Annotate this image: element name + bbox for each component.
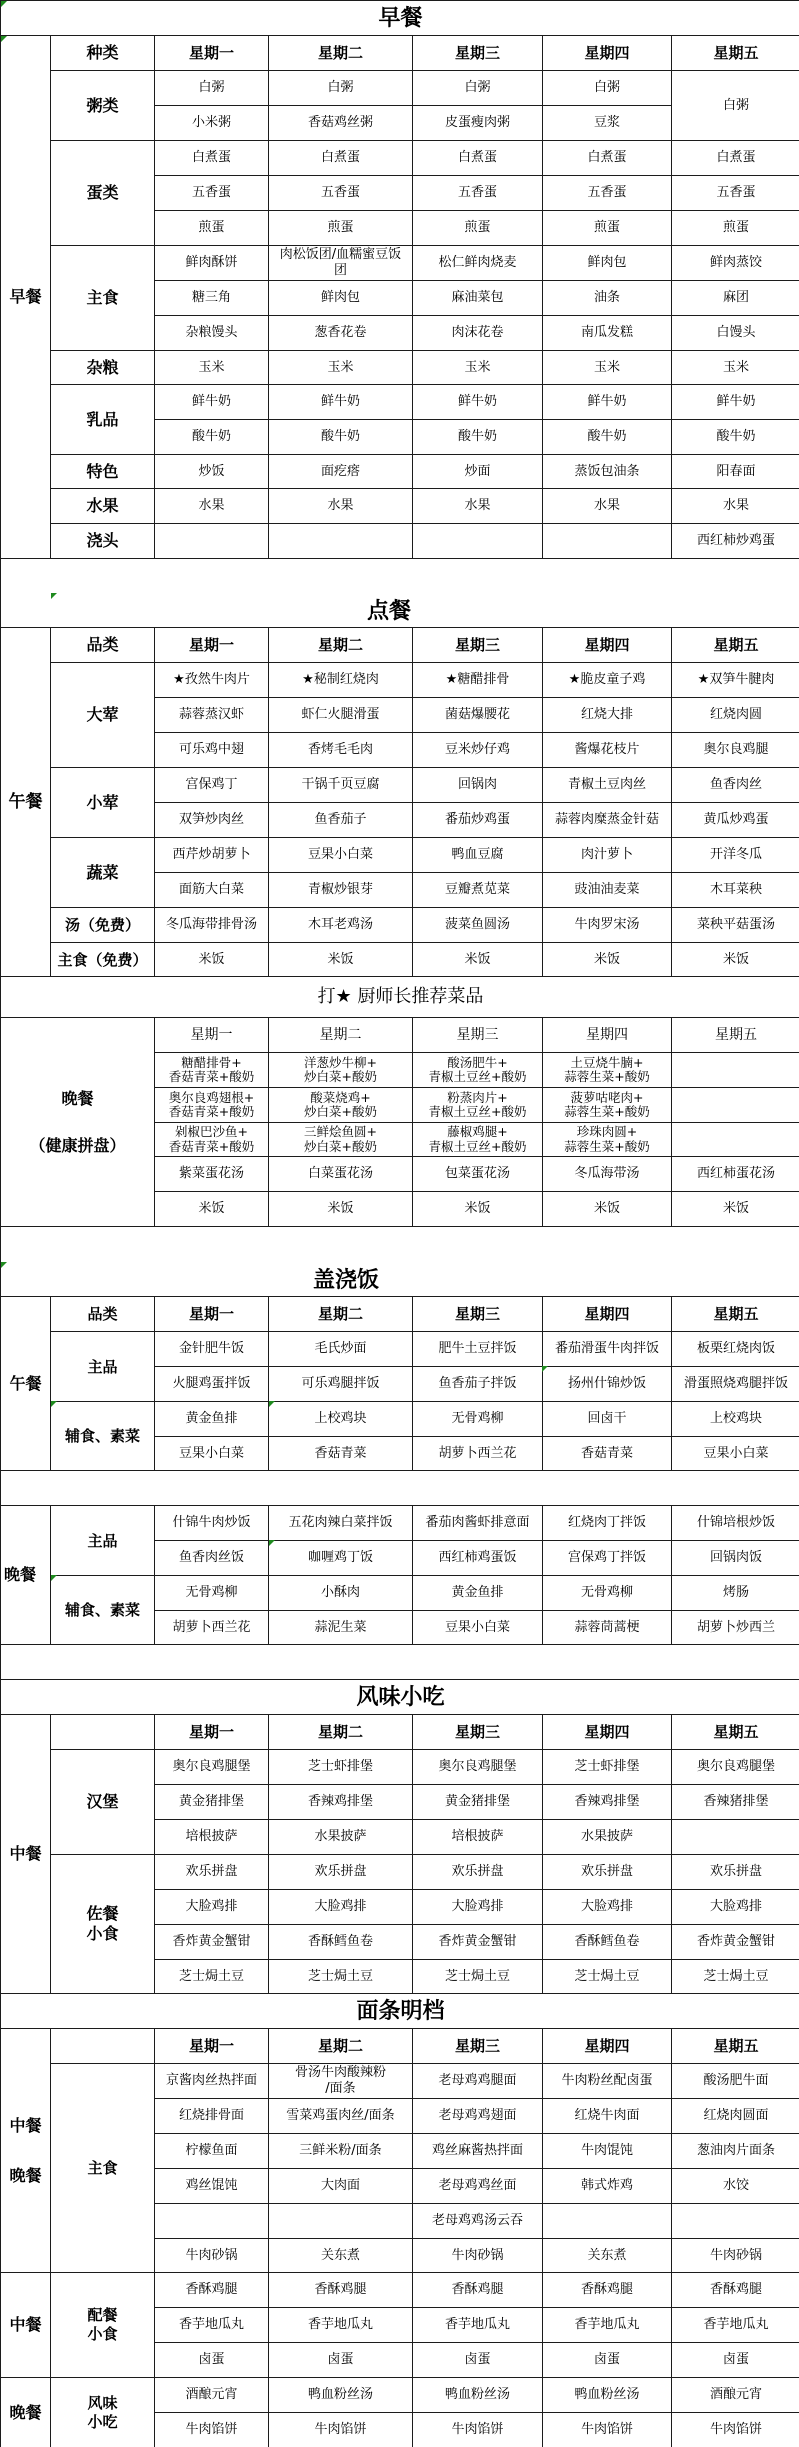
menu-item: 关东煮 <box>269 2239 413 2273</box>
cell-indicator-icon <box>269 1401 275 1407</box>
menu-item: 牛肉砂锅 <box>672 2239 799 2273</box>
menu-item: 冬瓜海带排骨汤 <box>155 908 269 943</box>
menu-item: 咖喱鸡丁饭 <box>269 1541 413 1576</box>
category-label: 蛋类 <box>51 141 155 246</box>
menu-item: 老母鸡鸡汤云吞 <box>413 2204 543 2239</box>
menu-item: 鸭血粉丝汤 <box>543 2378 672 2413</box>
meal-label-dinner: 晚餐 <box>1 1506 51 1645</box>
menu-item: 西红柿鸡蛋饭 <box>413 1541 543 1576</box>
menu-item: 鲜牛奶 <box>413 385 543 420</box>
day-header-monday: 星期一 <box>155 36 269 71</box>
menu-item: 青椒土豆肉丝 <box>543 768 672 803</box>
menu-item: 鲜肉包 <box>543 246 672 281</box>
menu-item: 香炸黄金蟹钳 <box>672 1925 799 1960</box>
combo-item <box>672 1053 799 1088</box>
day-header-wednesday: 星期三 <box>413 628 543 663</box>
category-label: 小荤 <box>51 768 155 838</box>
menu-item: 双笋炒肉丝 <box>155 803 269 838</box>
menu-item: 炒饭 <box>155 455 269 489</box>
category-label: 蔬菜 <box>51 838 155 908</box>
menu-item: 大肉面 <box>269 2169 413 2204</box>
day-header-monday: 星期一 <box>155 1297 269 1332</box>
menu-item: 白粥 <box>269 71 413 106</box>
day-header-thursday: 星期四 <box>543 2029 672 2064</box>
menu-item: 金针肥牛饭 <box>155 1332 269 1367</box>
menu-item: 牛肉砂锅 <box>413 2239 543 2273</box>
meal-label-breakfast: 早餐 <box>1 36 51 559</box>
menu-item: 蒜泥生菜 <box>269 1611 413 1645</box>
day-header-thursday: 星期四 <box>543 628 672 663</box>
menu-item: 阳春面 <box>672 455 799 489</box>
menu-item: 葱香花卷 <box>269 316 413 351</box>
menu-item: 胡萝卜西兰花 <box>155 1611 269 1645</box>
menu-item: 蒜蓉茼蒿梗 <box>543 1611 672 1645</box>
menu-item: ★孜然牛肉片 <box>155 663 269 698</box>
menu-item <box>413 524 543 559</box>
menu-item: 黄金猪排堡 <box>413 1785 543 1820</box>
menu-item: 水果 <box>155 489 269 524</box>
soup-item: 白菜蛋花汤 <box>269 1157 413 1192</box>
menu-item: 卤蛋 <box>269 2343 413 2378</box>
menu-item: 豆果小白菜 <box>155 1437 269 1471</box>
category-label: 主品 <box>51 1332 155 1402</box>
day-header-wednesday: 星期三 <box>413 1297 543 1332</box>
menu-item: 煎蛋 <box>155 211 269 246</box>
menu-item: 无骨鸡柳 <box>413 1402 543 1437</box>
cell-indicator-icon <box>542 1366 548 1372</box>
menu-item: 奥尔良鸡腿堡 <box>413 1750 543 1785</box>
combo-item: 奥尔良鸡翅根+ 香菇青菜+酸奶 <box>155 1088 269 1123</box>
section-title-a-la-carte: 点餐 <box>1 559 799 628</box>
menu-item: 胡萝卜炒西兰 <box>672 1611 799 1645</box>
category-label: 汤（免费） <box>51 908 155 943</box>
menu-item: 三鲜米粉/面条 <box>269 2134 413 2169</box>
menu-item: 米饭 <box>413 943 543 977</box>
menu-item: 麻团 <box>672 281 799 316</box>
menu-item: 豆瓣煮苋菜 <box>413 873 543 908</box>
menu-item: 麻油菜包 <box>413 281 543 316</box>
menu-item: 牛肉罗宋汤 <box>543 908 672 943</box>
menu-item: 水果 <box>269 489 413 524</box>
menu-item: 芝士焗土豆 <box>672 1960 799 1994</box>
day-header-tuesday: 星期二 <box>269 1715 413 1750</box>
menu-item: 五香蛋 <box>672 176 799 211</box>
menu-item: 番茄滑蛋牛肉拌饭 <box>543 1332 672 1367</box>
menu-item: 卤蛋 <box>155 2343 269 2378</box>
category-label: 大荤 <box>51 663 155 768</box>
menu-item: 豆果小白菜 <box>269 838 413 873</box>
menu-item: 骨汤牛肉酸辣粉 /面条 <box>269 2064 413 2099</box>
meal-label-lunch: 午餐 <box>1 1297 51 1471</box>
menu-item: 板栗红烧肉饭 <box>672 1332 799 1367</box>
menu-item: 炒面 <box>413 455 543 489</box>
combo-item: 土豆烧牛腩+ 蒜蓉生菜+酸奶 <box>543 1053 672 1088</box>
day-header-tuesday: 星期二 <box>269 2029 413 2064</box>
menu-item: 鸡丝麻酱热拌面 <box>413 2134 543 2169</box>
menu-item: 鲜肉包 <box>269 281 413 316</box>
menu-item: 香辣猪排堡 <box>672 1785 799 1820</box>
menu-item: 油条 <box>543 281 672 316</box>
menu-item: 牛肉馅饼 <box>155 2413 269 2447</box>
menu-item: 香芋地瓜丸 <box>155 2308 269 2343</box>
menu-item: 酒酿元宵 <box>672 2378 799 2413</box>
menu-item: 回锅肉 <box>413 768 543 803</box>
category-label: 粥类 <box>51 71 155 141</box>
menu-item: 牛肉馅饼 <box>672 2413 799 2447</box>
menu-item <box>672 1820 799 1855</box>
menu-item: 酸牛奶 <box>413 420 543 455</box>
menu-item: 煎蛋 <box>672 211 799 246</box>
menu-item: 米饭 <box>543 943 672 977</box>
menu-item <box>543 524 672 559</box>
menu-item: 水果披萨 <box>543 1820 672 1855</box>
category-label-text: 佐餐小食 <box>87 1904 119 1944</box>
menu-item: 鲜牛奶 <box>672 385 799 420</box>
menu-item: 水饺 <box>672 2169 799 2204</box>
menu-item: 韩式炸鸡 <box>543 2169 672 2204</box>
menu-item: 白煮蛋 <box>269 141 413 176</box>
menu-item: 香菇青菜 <box>543 1437 672 1471</box>
column-header-category-empty <box>51 2029 155 2064</box>
category-label: 杂粮 <box>51 351 155 385</box>
meal-label-text: 晚餐 <box>3 1089 152 1108</box>
menu-item: 玉米 <box>269 351 413 385</box>
menu-item: 鸭血豆腐 <box>413 838 543 873</box>
menu-item: 酸牛奶 <box>543 420 672 455</box>
staple-item: 米饭 <box>672 1192 799 1227</box>
menu-item: 虾仁火腿滑蛋 <box>269 698 413 733</box>
menu-item: 黄金鱼排 <box>413 1576 543 1611</box>
meal-label-lunch-dinner: 中餐晚餐 <box>1 2029 51 2273</box>
meal-label-dinner-combo: 晚餐（健康拼盘） <box>1 1018 155 1227</box>
menu-item: 白煮蛋 <box>155 141 269 176</box>
menu-item: 皮蛋瘦肉粥 <box>413 106 543 141</box>
category-label: 主品 <box>51 1506 155 1576</box>
menu-item: 玉米 <box>672 351 799 385</box>
menu-item: 红烧肉圆 <box>672 698 799 733</box>
day-header-tuesday: 星期二 <box>269 1018 413 1053</box>
cell-indicator-icon <box>269 1540 275 1546</box>
menu-item: 牛肉馅饼 <box>543 2413 672 2447</box>
menu-item: 肉沫花卷 <box>413 316 543 351</box>
staple-item: 米饭 <box>543 1192 672 1227</box>
menu-item: 玉米 <box>543 351 672 385</box>
menu-item: 香酥鸡腿 <box>672 2273 799 2308</box>
menu-item: 香菇鸡丝粥 <box>269 106 413 141</box>
menu-item: 胡萝卜西兰花 <box>413 1437 543 1471</box>
day-header-thursday: 星期四 <box>543 36 672 71</box>
menu-item: 米饭 <box>672 943 799 977</box>
menu-item: 水果 <box>543 489 672 524</box>
menu-item: 牛肉馅饼 <box>413 2413 543 2447</box>
menu-item: 芝士焗土豆 <box>269 1960 413 1994</box>
meal-label-text: 晚餐 <box>3 2166 48 2185</box>
menu-item: 肥牛土豆拌饭 <box>413 1332 543 1367</box>
menu-item: 菌菇爆腰花 <box>413 698 543 733</box>
meal-label-dinner: 晚餐 <box>1 2378 51 2447</box>
menu-item: 面筋大白菜 <box>155 873 269 908</box>
menu-item: 豆果小白菜 <box>672 1437 799 1471</box>
menu-item: 牛肉砂锅 <box>155 2239 269 2273</box>
column-header-category-empty <box>51 1715 155 1750</box>
menu-item <box>155 2204 269 2239</box>
combo-item: 酸汤肥牛+ 青椒土豆丝+酸奶 <box>413 1053 543 1088</box>
menu-item: 香酥鸡腿 <box>155 2273 269 2308</box>
menu-item: 芝士焗土豆 <box>155 1960 269 1994</box>
combo-item: 酸菜烧鸡+ 炒白菜+酸奶 <box>269 1088 413 1123</box>
staple-item: 米饭 <box>413 1192 543 1227</box>
menu-item: 京酱肉丝热拌面 <box>155 2064 269 2099</box>
menu-item: 鲜牛奶 <box>155 385 269 420</box>
menu-item: 黄金猪排堡 <box>155 1785 269 1820</box>
menu-item: 香炸黄金蟹钳 <box>413 1925 543 1960</box>
menu-item: 木耳老鸡汤 <box>269 908 413 943</box>
menu-item: 鲜肉酥饼 <box>155 246 269 281</box>
category-label: 配餐小食 <box>51 2273 155 2378</box>
day-header-friday: 星期五 <box>672 628 799 663</box>
menu-item: 大脸鸡排 <box>155 1890 269 1925</box>
menu-item: 水果 <box>413 489 543 524</box>
menu-item: 培根披萨 <box>413 1820 543 1855</box>
menu-item: 牛肉粉丝配卤蛋 <box>543 2064 672 2099</box>
menu-item: 回卤干 <box>543 1402 672 1437</box>
category-label: 主食 <box>51 2064 155 2273</box>
menu-item: 大脸鸡排 <box>543 1890 672 1925</box>
menu-item: 五花肉辣白菜拌饭 <box>269 1506 413 1541</box>
menu-item: 菜秧平菇蛋汤 <box>672 908 799 943</box>
menu-item: 上校鸡块 <box>269 1402 413 1437</box>
menu-item: 大脸鸡排 <box>269 1890 413 1925</box>
cell-indicator-icon <box>51 1575 57 1581</box>
menu-item: 蒜蓉蒸汉虾 <box>155 698 269 733</box>
menu-item: ★秘制红烧肉 <box>269 663 413 698</box>
menu-item: 米饭 <box>155 943 269 977</box>
day-header-wednesday: 星期三 <box>413 2029 543 2064</box>
section-title-snacks: 风味小吃 <box>1 1680 799 1715</box>
menu-item: 卤蛋 <box>543 2343 672 2378</box>
menu-item: 白煮蛋 <box>672 141 799 176</box>
menu-item: 西芹炒胡萝卜 <box>155 838 269 873</box>
menu-item: 煎蛋 <box>543 211 672 246</box>
day-header-friday: 星期五 <box>672 2029 799 2064</box>
menu-item: 豉油油麦菜 <box>543 873 672 908</box>
category-label: 辅食、素菜 <box>51 1402 155 1471</box>
combo-item: 三鲜烩鱼圆+ 炒白菜+酸奶 <box>269 1123 413 1157</box>
menu-item: 白粥 <box>155 71 269 106</box>
menu-item: 卤蛋 <box>413 2343 543 2378</box>
menu-item: 烤肠 <box>672 1576 799 1611</box>
menu-item: 香芋地瓜丸 <box>543 2308 672 2343</box>
menu-item <box>269 524 413 559</box>
menu-item: 扬州什锦炒饭 <box>543 1367 672 1402</box>
menu-item: 欢乐拼盘 <box>672 1855 799 1890</box>
menu-item: 红烧肉圆面 <box>672 2099 799 2134</box>
menu-item: 老母鸡鸡腿面 <box>413 2064 543 2099</box>
menu-item: 煎蛋 <box>269 211 413 246</box>
menu-item: 五香蛋 <box>543 176 672 211</box>
menu-item: 鸭血粉丝汤 <box>269 2378 413 2413</box>
menu-item: 芝士虾排堡 <box>543 1750 672 1785</box>
category-label: 主食（免费） <box>51 943 155 977</box>
menu-item: 酸牛奶 <box>269 420 413 455</box>
section-title-breakfast: 早餐 <box>1 1 799 36</box>
menu-item: ★糖醋排骨 <box>413 663 543 698</box>
day-header-friday: 星期五 <box>672 1715 799 1750</box>
category-label: 主食 <box>51 246 155 351</box>
menu-item: 大脸鸡排 <box>413 1890 543 1925</box>
menu-item: 香芋地瓜丸 <box>413 2308 543 2343</box>
menu-item: 红烧排骨面 <box>155 2099 269 2134</box>
menu-item: 芝士焗土豆 <box>413 1960 543 1994</box>
menu-item: 黄金鱼排 <box>155 1402 269 1437</box>
soup-item: 冬瓜海带汤 <box>543 1157 672 1192</box>
menu-item: 酸汤肥牛面 <box>672 2064 799 2099</box>
menu-item: 香酥鸡腿 <box>413 2273 543 2308</box>
combo-item: 菠萝咕咾肉+ 蒜蓉生菜+酸奶 <box>543 1088 672 1123</box>
menu-item: 白粥 <box>672 71 799 141</box>
menu-item: 关东煮 <box>543 2239 672 2273</box>
menu-item <box>155 524 269 559</box>
day-header-wednesday: 星期三 <box>413 36 543 71</box>
menu-item: 火腿鸡蛋拌饭 <box>155 1367 269 1402</box>
combo-item: 粉蒸肉片+ 青椒土豆丝+酸奶 <box>413 1088 543 1123</box>
menu-item: 小酥肉 <box>269 1576 413 1611</box>
category-label-text: 配餐小食 <box>88 2306 118 2344</box>
menu-item: 香烤毛毛肉 <box>269 733 413 768</box>
menu-item: 香芋地瓜丸 <box>269 2308 413 2343</box>
cell-indicator-icon <box>51 1401 57 1407</box>
menu-item: 白粥 <box>543 71 672 106</box>
meal-sublabel-text: （健康拼盘） <box>3 1136 152 1155</box>
menu-item: 肉松饭团/血糯蜜豆饭团 <box>269 246 413 281</box>
menu-item: 鲜肉蒸饺 <box>672 246 799 281</box>
menu-item: 黄瓜炒鸡蛋 <box>672 803 799 838</box>
menu-item: 豆浆 <box>543 106 672 141</box>
menu-item: 欢乐拼盘 <box>543 1855 672 1890</box>
menu-item: 杂粮馒头 <box>155 316 269 351</box>
combo-item: 洋葱炒牛柳+ 炒白菜+酸奶 <box>269 1053 413 1088</box>
menu-item: 红烧牛肉面 <box>543 2099 672 2134</box>
menu-item: 番茄肉酱虾排意面 <box>413 1506 543 1541</box>
menu-item: 培根披萨 <box>155 1820 269 1855</box>
combo-item: 藤椒鸡腿+ 青椒土豆丝+酸奶 <box>413 1123 543 1157</box>
category-label: 水果 <box>51 489 155 524</box>
day-header-tuesday: 星期二 <box>269 628 413 663</box>
menu-item: 欢乐拼盘 <box>155 1855 269 1890</box>
menu-item: 老母鸡鸡翅面 <box>413 2099 543 2134</box>
column-header-category: 种类 <box>51 36 155 71</box>
day-header-thursday: 星期四 <box>543 1018 672 1053</box>
menu-item: 菠菜鱼圆汤 <box>413 908 543 943</box>
menu-item: 糖三角 <box>155 281 269 316</box>
weekly-menu-table: 早餐 早餐 种类 星期一 星期二 星期三 星期四 星期五 粥类 白粥 白粥 白粥… <box>0 0 799 2447</box>
menu-item: 鱼香茄子拌饭 <box>413 1367 543 1402</box>
menu-item: 无骨鸡柳 <box>155 1576 269 1611</box>
column-header-category: 品类 <box>51 628 155 663</box>
cell-indicator-icon <box>51 593 57 599</box>
day-header-wednesday: 星期三 <box>413 1715 543 1750</box>
menu-item: 蒜蓉肉糜蒸金针菇 <box>543 803 672 838</box>
category-label: 汉堡 <box>51 1750 155 1855</box>
menu-item: 鸭血粉丝汤 <box>413 2378 543 2413</box>
menu-item: 肉汁萝卜 <box>543 838 672 873</box>
menu-item: 水果 <box>672 489 799 524</box>
menu-item: 豆米炒仔鸡 <box>413 733 543 768</box>
category-label: 风味小吃 <box>51 2378 155 2447</box>
menu-item: 卤蛋 <box>672 2343 799 2378</box>
day-header-monday: 星期一 <box>155 1715 269 1750</box>
menu-item: 牛肉馅饼 <box>269 2413 413 2447</box>
menu-item: 鸡丝馄饨 <box>155 2169 269 2204</box>
menu-item: 红烧大排 <box>543 698 672 733</box>
category-label: 佐餐小食 <box>51 1855 155 1994</box>
menu-item: 豆果小白菜 <box>413 1611 543 1645</box>
menu-item <box>672 2204 799 2239</box>
menu-item: 欢乐拼盘 <box>413 1855 543 1890</box>
day-header-wednesday: 星期三 <box>413 1018 543 1053</box>
menu-item: 香辣鸡排堡 <box>543 1785 672 1820</box>
menu-item: 白粥 <box>413 71 543 106</box>
menu-item: 白煮蛋 <box>543 141 672 176</box>
menu-item: 什锦培根炒饭 <box>672 1506 799 1541</box>
menu-item: 鱼香茄子 <box>269 803 413 838</box>
menu-item: 松仁鲜肉烧麦 <box>413 246 543 281</box>
combo-item: 珍珠肉圆+ 蒜蓉生菜+酸奶 <box>543 1123 672 1157</box>
menu-item: 鱼香肉丝饭 <box>155 1541 269 1576</box>
menu-item <box>269 2204 413 2239</box>
menu-item: 香酥鳕鱼卷 <box>269 1925 413 1960</box>
menu-item: 什锦牛肉炒饭 <box>155 1506 269 1541</box>
menu-item: 鲜牛奶 <box>269 385 413 420</box>
menu-item: 五香蛋 <box>413 176 543 211</box>
menu-item: 玉米 <box>413 351 543 385</box>
menu-item: 毛氏炒面 <box>269 1332 413 1367</box>
menu-item: 大脸鸡排 <box>672 1890 799 1925</box>
menu-item: 水果披萨 <box>269 1820 413 1855</box>
category-label: 浇头 <box>51 524 155 559</box>
section-title-rice-bowls: 盖浇饭 <box>1 1227 799 1297</box>
menu-item: 无骨鸡柳 <box>543 1576 672 1611</box>
menu-item: 干锅千页豆腐 <box>269 768 413 803</box>
menu-item: 回锅肉饭 <box>672 1541 799 1576</box>
day-header-monday: 星期一 <box>155 2029 269 2064</box>
menu-item: 宫保鸡丁 <box>155 768 269 803</box>
menu-item: 可乐鸡中翅 <box>155 733 269 768</box>
menu-item: ★脆皮童子鸡 <box>543 663 672 698</box>
menu-item: 酸牛奶 <box>672 420 799 455</box>
combo-item <box>672 1123 799 1157</box>
day-header-thursday: 星期四 <box>543 1715 672 1750</box>
menu-item: 小米粥 <box>155 106 269 141</box>
day-header-tuesday: 星期二 <box>269 1297 413 1332</box>
menu-item: 白馒头 <box>672 316 799 351</box>
spacer-row <box>1 1471 799 1506</box>
menu-item: 番茄炒鸡蛋 <box>413 803 543 838</box>
staple-item: 米饭 <box>155 1192 269 1227</box>
menu-item: 南瓜发糕 <box>543 316 672 351</box>
menu-item: 香酥鳕鱼卷 <box>543 1925 672 1960</box>
day-header-monday: 星期一 <box>155 628 269 663</box>
menu-item: 香辣鸡排堡 <box>269 1785 413 1820</box>
category-label: 辅食、素菜 <box>51 1576 155 1645</box>
menu-item: 香菇青菜 <box>269 1437 413 1471</box>
day-header-friday: 星期五 <box>672 1297 799 1332</box>
section-title-noodles: 面条明档 <box>1 1994 799 2029</box>
menu-item: ★双笋牛腱肉 <box>672 663 799 698</box>
menu-item: 牛肉馄饨 <box>543 2134 672 2169</box>
menu-item: 面疙瘩 <box>269 455 413 489</box>
menu-item: 木耳菜秧 <box>672 873 799 908</box>
